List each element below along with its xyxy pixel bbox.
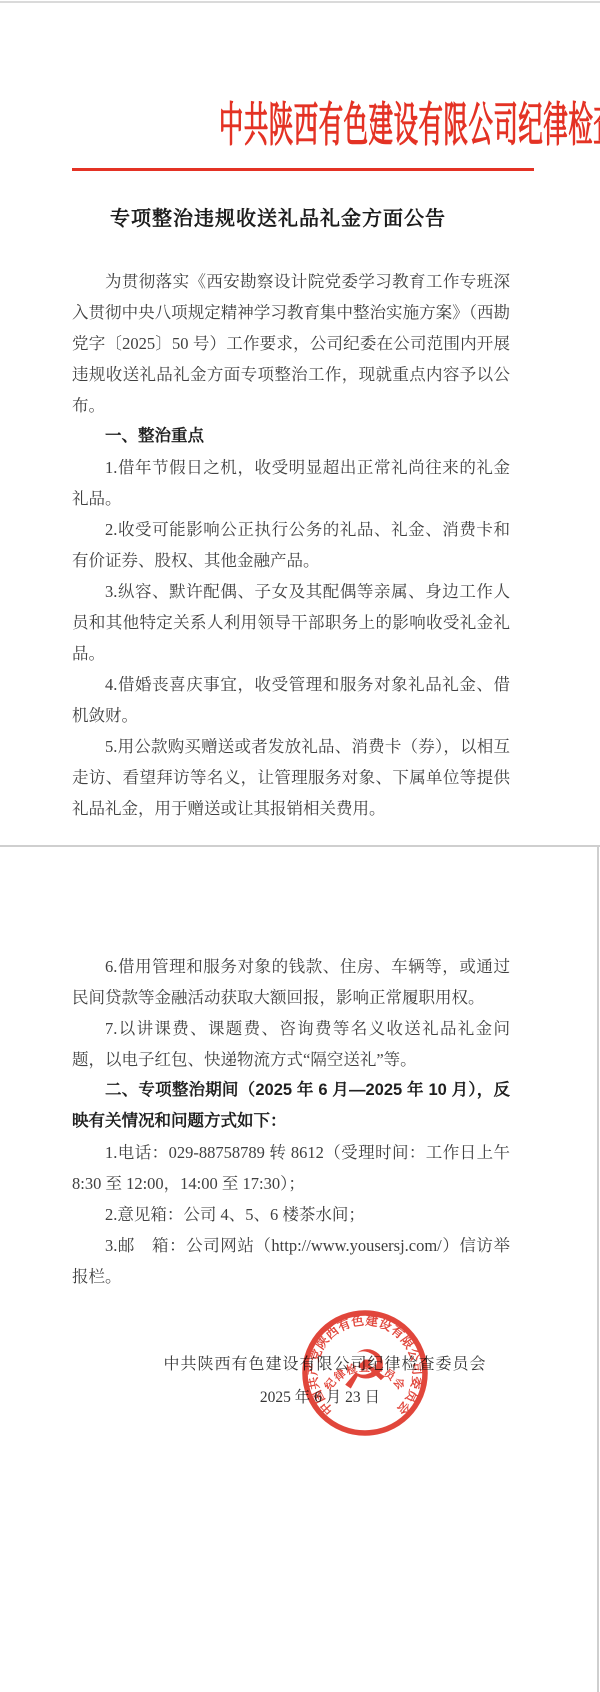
list-item: 3.纵容、默许配偶、子女及其配偶等亲属、身边工作人员和其他特定关系人利用领导干部… [72,576,510,669]
list-item: 6.借用管理和服务对象的钱款、住房、车辆等，或通过民间贷款等金融活动获取大额回报… [72,951,510,1013]
hammer-sickle-icon: ☭ [341,1339,389,1402]
document-title: 专项整治违规收送礼品礼金方面公告 [0,206,578,232]
section-heading-2: 二、专项整治期间（2025 年 6 月—2025 年 10 月），反映有关情况和… [72,1075,510,1137]
list-item: 4.借婚丧喜庆事宜，收受管理和服务对象礼品礼金、借机敛财。 [72,669,510,731]
list-item: 2.意见箱：公司 4、5、6 楼茶水间； [72,1199,510,1230]
official-seal: 中国共产党陕西有色建设有限公司委员会 纪律检查委员会 ☭ [280,1288,450,1458]
letterhead-rule [72,168,534,171]
section-heading-1: 一、整治重点 [72,421,510,452]
paragraph: 为贯彻落实《西安勘察设计院党委学习教育工作专班深入贯彻中央八项规定精神学习教育集… [72,266,510,421]
list-item: 1.借年节假日之机，收受明显超出正常礼尚往来的礼金礼品。 [72,452,510,514]
page-top-edge [0,1,600,3]
list-item: 5.用公款购买赠送或者发放礼品、消费卡（券），以相互走访、看望拜访等名义，让管理… [72,731,510,824]
list-item: 7.以讲课费、课题费、咨询费等名义收送礼品礼金问题，以电子红包、快递物流方式“隔… [72,1013,510,1075]
letterhead-org-name: 中共陕西有色建设有限公司纪律检查委员会 [0,94,600,158]
page-2-right-edge [597,846,599,1692]
page-2-body: 6.借用管理和服务对象的钱款、住房、车辆等，或通过民间贷款等金融活动获取大额回报… [72,951,510,1292]
document-viewer: 中共陕西有色建设有限公司纪律检查委员会 专项整治违规收送礼品礼金方面公告 为贯彻… [0,0,600,1692]
list-item: 2.收受可能影响公正执行公务的礼品、礼金、消费卡和有价证券、股权、其他金融产品。 [72,514,510,576]
list-item: 3.邮 箱：公司网站（http://www.yousersj.com/）信访举报… [72,1230,510,1292]
page-1-body: 为贯彻落实《西安勘察设计院党委学习教育工作专班深入贯彻中央八项规定精神学习教育集… [72,266,510,824]
list-item: 1.电话：029-88758789 转 8612（受理时间：工作日上午 8:30… [72,1137,510,1199]
page-break-line [0,845,600,847]
